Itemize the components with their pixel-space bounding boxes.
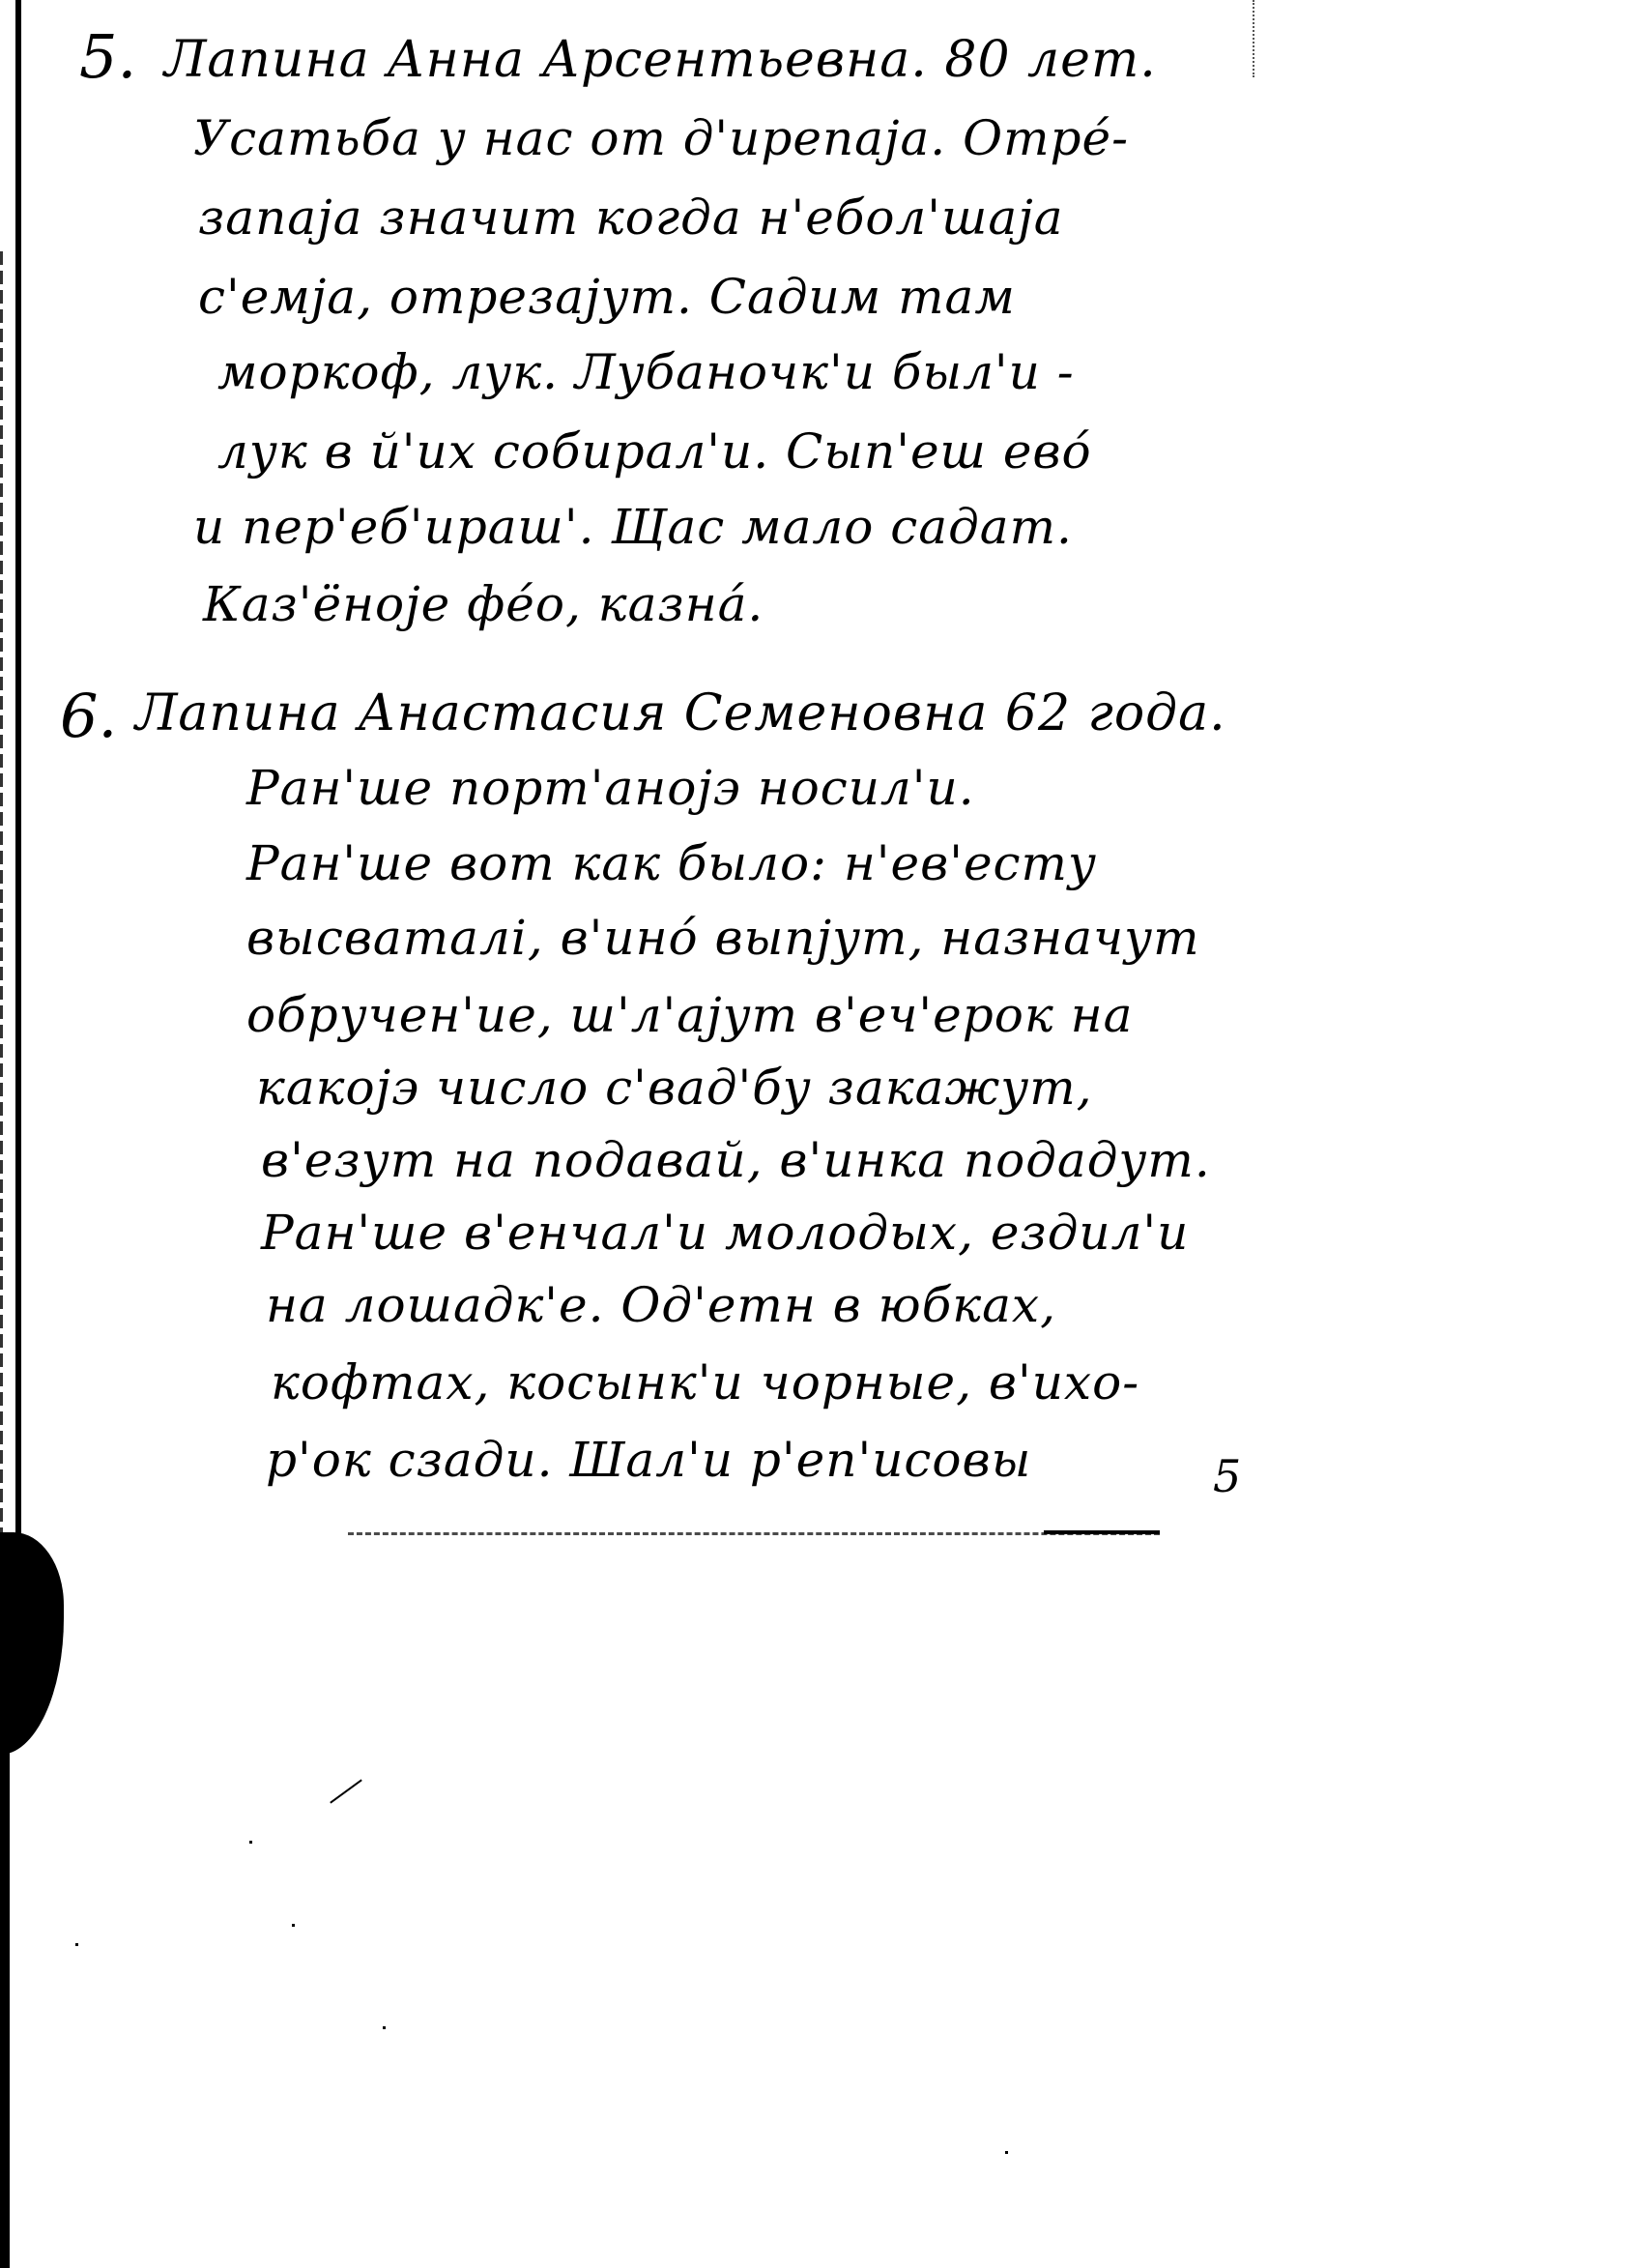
speck [1005, 2151, 1008, 2154]
entry-line: с'емја, отрезајут. Садим там [198, 273, 1016, 321]
entry-line: р'ок сзади. Шал'и р'еп'исовы [266, 1436, 1031, 1484]
entry-line: кофтах, косынк'и чорные, в'ихо- [271, 1358, 1139, 1407]
page-number: 5 [1213, 1450, 1241, 1502]
binding-edge-shadow [0, 251, 3, 1537]
entry-line: лук в й'их собирал'и. Сып'еш ево́ [217, 427, 1092, 476]
fold-mark [1253, 0, 1256, 77]
entry-line: Ран'ше вот как было: н'ев'есту [246, 839, 1097, 887]
entry-line: на лошадк'е. Од'етн в юбках, [266, 1281, 1056, 1329]
end-rule [348, 1532, 1160, 1535]
entry-line: Каз'ёноје фе́о, казна́. [203, 580, 764, 628]
notebook-page: 5. Лапина Анна Арсентьевна. 80 лет. Усат… [0, 0, 1643, 2268]
entry-line: и пер'еб'ираш'. Щас мало садат. [193, 503, 1073, 551]
entry-line: высваталі, в'ино́ выпјут, назначут [246, 914, 1200, 962]
speck [75, 1943, 78, 1946]
speck [249, 1841, 252, 1844]
entry-line: Усатьба у нас от д'ирепаја. Отре́- [193, 114, 1129, 162]
stray-pen-mark [330, 1779, 362, 1803]
entry-number: 5. [79, 27, 136, 87]
binding-edge-strip [0, 1721, 10, 2268]
entry-line: моркоф, лук. Лубаночк'и был'и - [217, 348, 1075, 396]
entry-line: в'езут на подавай, в'инка подадут. [261, 1136, 1211, 1184]
entry-number: 6. [60, 686, 117, 746]
entry-line: обручен'ие, ш'л'ајут в'еч'ерок на [246, 991, 1133, 1039]
entry-header: Лапина Анастасия Семеновна 62 года. [135, 688, 1226, 739]
entry-line: какојэ число с'вад'бу закажут, [256, 1063, 1093, 1112]
end-rule-solid [1044, 1530, 1160, 1534]
entry-line: Ран'ше в'енчал'и молодых, ездил'и [261, 1208, 1189, 1257]
speck [383, 2026, 386, 2029]
entry-line: запаја значит когда н'ебол'шаја [198, 193, 1064, 242]
entry-line: Ран'ше порт'анојэ носил'и. [246, 764, 975, 812]
speck [292, 1924, 295, 1927]
entry-header: Лапина Анна Арсентьевна. 80 лет. [164, 35, 1157, 85]
binding-edge-line [15, 0, 21, 1537]
